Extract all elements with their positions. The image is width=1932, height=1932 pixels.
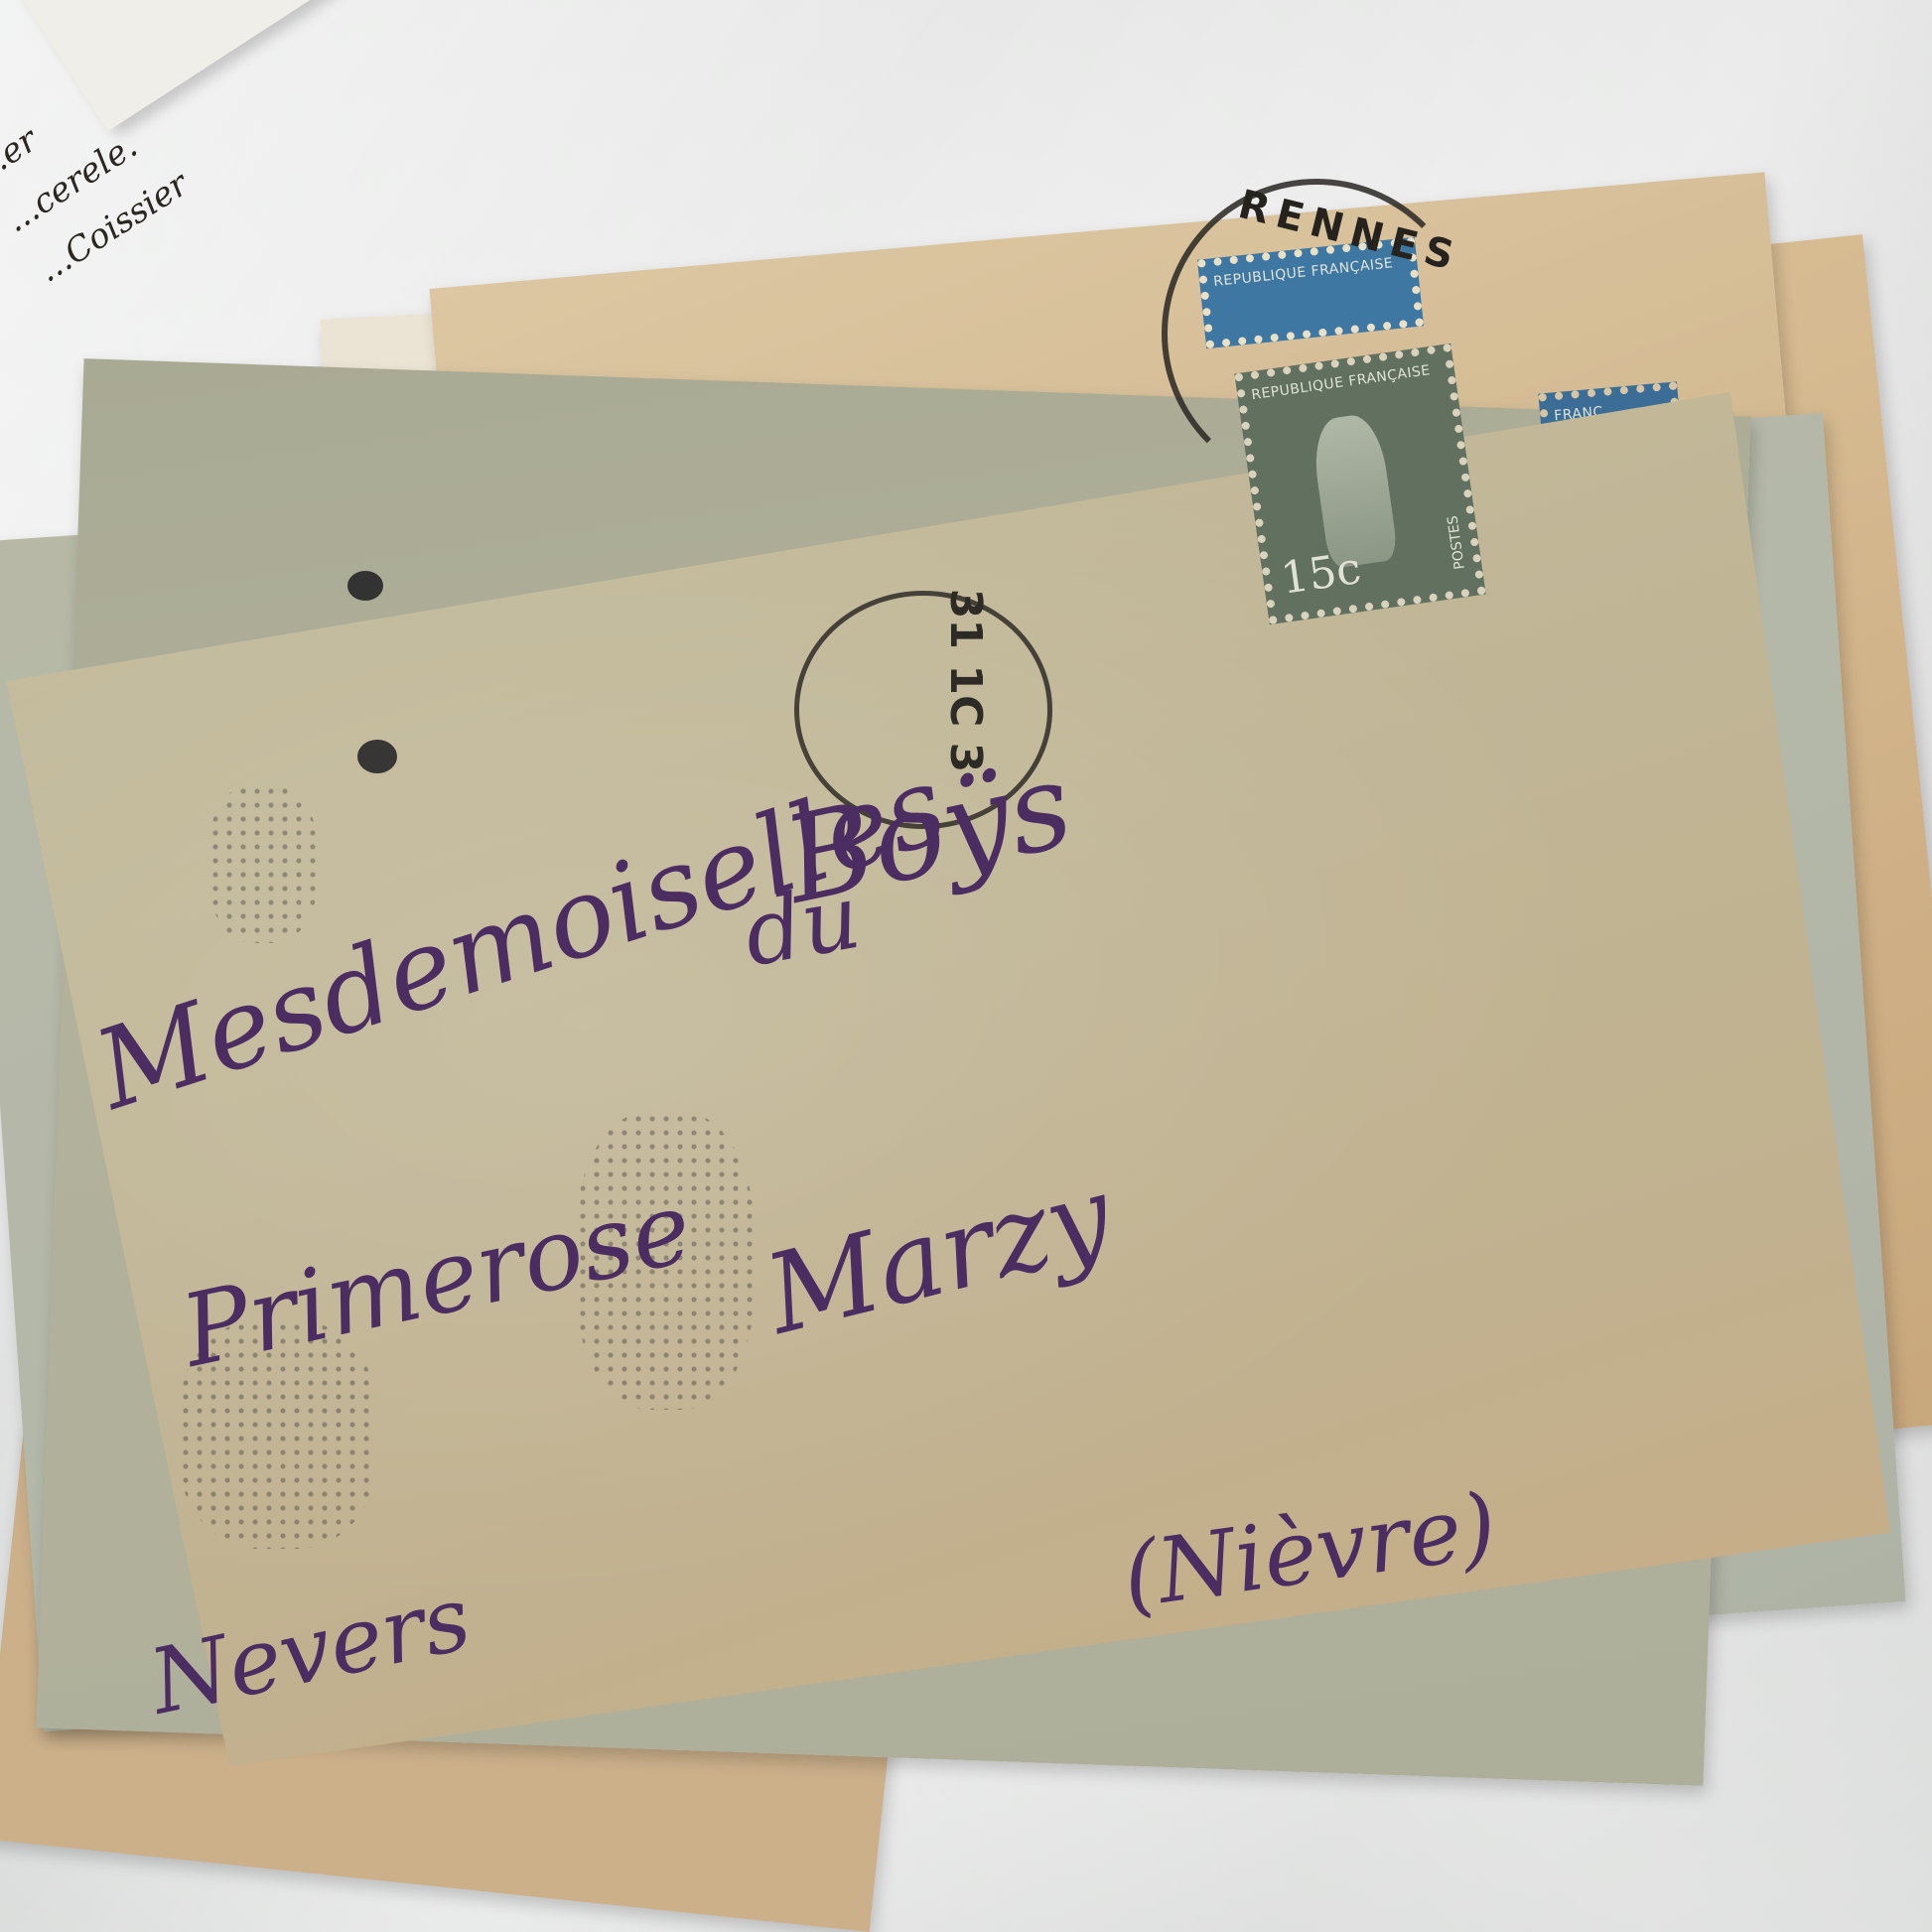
ink-blot — [347, 571, 383, 601]
address-nievre: (Nièvre) — [1117, 1473, 1503, 1629]
address-nevers: Nevers — [142, 1566, 480, 1734]
front-envelope-content: REPUBLIQUE FRANÇAISE 15c POSTES 31 1C 3 … — [0, 0, 1932, 1932]
ink-blot — [357, 740, 397, 773]
ink-speckles — [208, 784, 318, 943]
address-du: du — [737, 865, 868, 987]
date-postmark-text: 31 1C 3 — [940, 589, 991, 772]
stamp-side-text: POSTES — [1445, 515, 1467, 571]
green-sower-stamp: REPUBLIQUE FRANÇAISE 15c POSTES — [1234, 344, 1485, 624]
address-marzy: Marzy — [755, 1151, 1123, 1358]
stamp-value: 15c — [1278, 543, 1364, 605]
stamp-header: REPUBLIQUE FRANÇAISE — [1250, 361, 1441, 404]
